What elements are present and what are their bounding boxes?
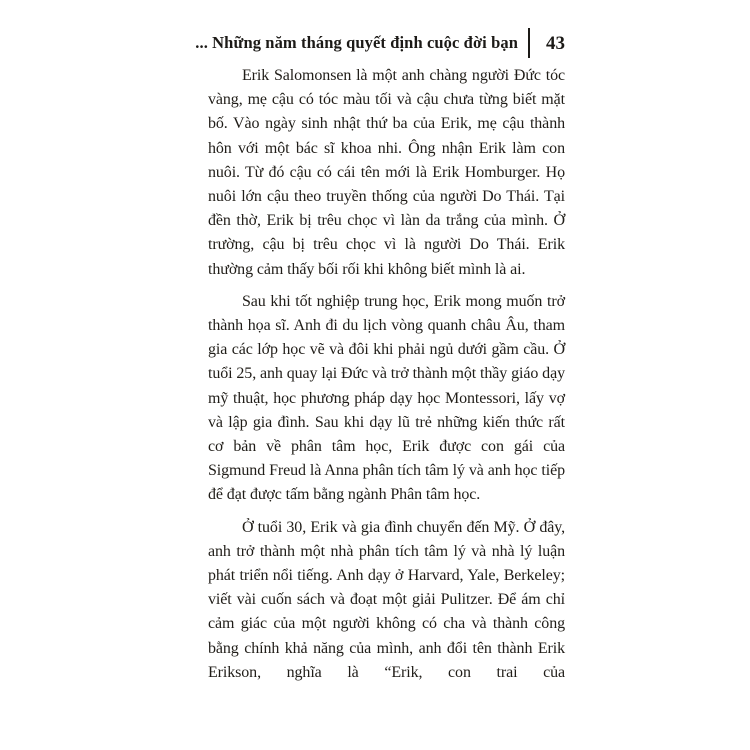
page-number: 43 bbox=[546, 34, 565, 53]
chapter-title: ... Những năm tháng quyết định cuộc đời … bbox=[195, 33, 518, 53]
paragraph-3: Ở tuổi 30, Erik và gia đình chuyển đến M… bbox=[208, 516, 565, 685]
running-header: ... Những năm tháng quyết định cuộc đời … bbox=[0, 26, 565, 60]
paragraph-2: Sau khi tốt nghiệp trung học, Erik mong … bbox=[208, 290, 565, 508]
book-page: { "page": { "colors": { "background": "#… bbox=[0, 0, 750, 750]
paragraph-1: Erik Salomonsen là một anh chàng người Đ… bbox=[208, 64, 565, 282]
header-divider-bar bbox=[528, 28, 530, 58]
page-body: Erik Salomonsen là một anh chàng người Đ… bbox=[208, 64, 565, 685]
